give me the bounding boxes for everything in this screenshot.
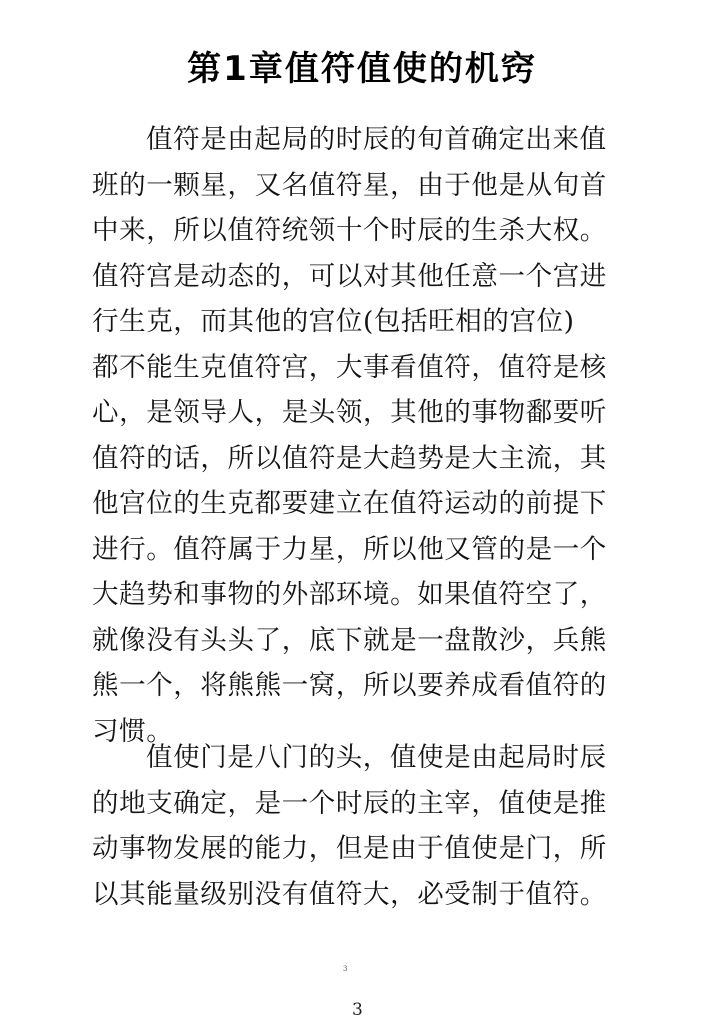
text-line: 值符的话，所以值符是大趋势是大主流，其 (92, 436, 630, 482)
paragraph-1: 值符是由起局的时辰的旬首确定出来值 班的一颗星，又名值符星，由于他是从旬首 中来… (92, 117, 630, 754)
text-line: 进行。值符属于力星，所以他又管的是一个 (92, 527, 630, 573)
text-line: 值符是由起局的时辰的旬首确定出来值 (92, 117, 630, 163)
text-line: 熊一个，将熊熊一窝，所以要养成看值符的 (92, 663, 630, 709)
text-line: 班的一颗星，又名值符星，由于他是从旬首 (92, 163, 630, 209)
text-line: 的地支确定，是一个时辰的主宰，值使是推 (92, 781, 630, 827)
text-line: 动事物发展的能力，但是由于值使是门，所 (92, 826, 630, 872)
text-line: 中来，所以值符统领十个时辰的生杀大权。 (92, 208, 630, 254)
text-line: 他宫位的生克都要建立在值符运动的前提下 (92, 481, 630, 527)
text-line: 值符宫是动态的，可以对其他任意一个宫进 (92, 254, 630, 300)
paragraph-2: 值使门是八门的头，值使是由起局时辰 的地支确定，是一个时辰的主宰，值使是推 动事… (92, 735, 630, 917)
text-line: 心，是领导人，是头领，其他的事物鄱要听 (92, 390, 630, 436)
chapter-title: 第1章值符值使的机窍 (0, 44, 724, 94)
small-page-marker: 3 (343, 965, 347, 973)
text-line: 以其能量级别没有值符大，必受制于值符。 (92, 872, 630, 918)
text-line: 行生克，而其他的宫位(包括旺相的宫位) (92, 299, 630, 345)
text-line: 就像没有头头了，底下就是一盘散沙，兵熊 (92, 618, 630, 664)
text-line: 大趋势和事物的外部环境。如果值符空了， (92, 572, 630, 618)
page-number: 3 (352, 1000, 363, 1020)
text-line: 值使门是八门的头，值使是由起局时辰 (92, 735, 630, 781)
document-page: 第1章值符值使的机窍 值符是由起局的时辰的旬首确定出来值 班的一颗星，又名值符星… (0, 0, 724, 1024)
text-line: 都不能生克值符宫，大事看值符，值符是核 (92, 345, 630, 391)
